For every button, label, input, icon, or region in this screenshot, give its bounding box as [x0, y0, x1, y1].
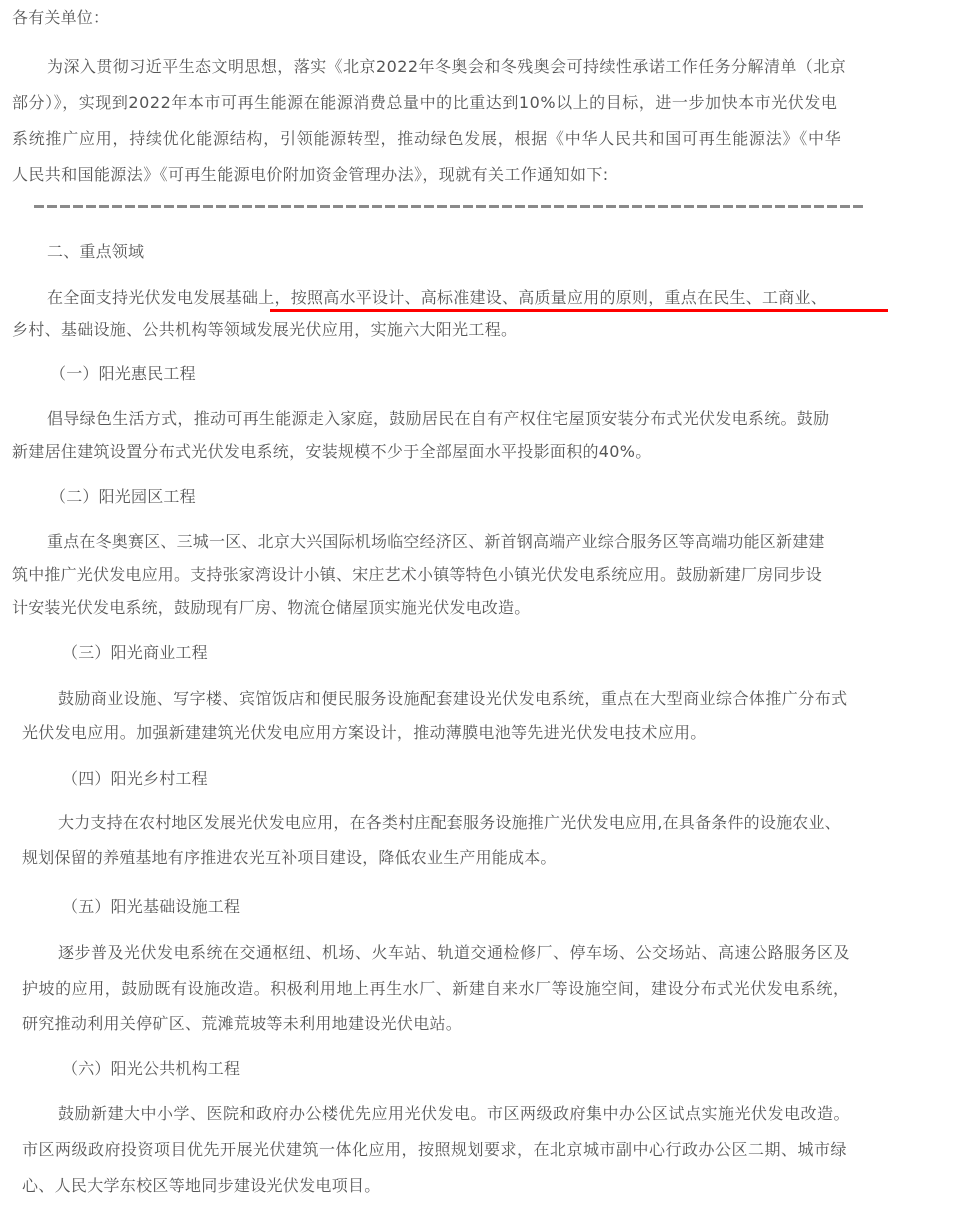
section-intro-line-2: 乡村、基础设施、公共机构等领域发展光伏应用，实施六大阳光工程。: [12, 318, 517, 342]
subsection-6-line-2: 市区两级政府投资项目优先开展光伏建筑一体化应用，按照规划要求，在北京城市副中心行…: [22, 1138, 847, 1162]
dashed-separator: [34, 205, 864, 208]
subsection-5-line-3: 研究推动利用关停矿区、荒滩荒坡等未利用地建设光伏电站。: [22, 1012, 462, 1036]
section-heading: 二、重点领域: [47, 240, 144, 264]
red-highlight-underline: [270, 309, 888, 312]
subsection-title-3: （三）阳光商业工程: [62, 641, 208, 665]
subsection-5-line-1: 逐步普及光伏发电系统在交通枢纽、机场、火车站、轨道交通检修厂、停车场、公交场站、…: [58, 941, 850, 965]
subsection-1-line-2: 新建居住建筑设置分布式光伏发电系统，安装规模不少于全部屋面水平投影面积的40%。: [12, 440, 652, 464]
subsection-4-line-1: 大力支持在农村地区发展光伏发电应用，在各类村庄配套服务设施推广光伏发电应用,在具…: [58, 811, 841, 835]
subsection-5-line-2: 护坡的应用，鼓励既有设施改造。积极利用地上再生水厂、新建自来水厂等设施空间，建设…: [22, 977, 850, 1001]
section-intro-line-1: 在全面支持光伏发电发展基础上，按照高水平设计、高标准建设、高质量应用的原则，重点…: [47, 286, 827, 310]
subsection-title-1: （一）阳光惠民工程: [50, 362, 196, 386]
subsection-4-line-2: 规划保留的养殖基地有序推进农光互补项目建设，降低农业生产用能成本。: [22, 846, 557, 870]
intro-line-3: 系统推广应用，持续优化能源结构，引领能源转型，推动绿色发展，根据《中华人民共和国…: [12, 127, 842, 151]
intro-line-4: 人民共和国能源法》《可再生能源电价附加资金管理办法》，现就有关工作通知如下:: [12, 163, 609, 187]
subsection-title-5: （五）阳光基础设施工程: [62, 895, 240, 919]
subsection-title-6: （六）阳光公共机构工程: [62, 1057, 240, 1081]
subsection-3-line-1: 鼓励商业设施、写字楼、宾馆饭店和便民服务设施配套建设光伏发电系统，重点在大型商业…: [58, 687, 848, 711]
intro-line-1: 为深入贯彻习近平生态文明思想，落实《北京2022年冬奥会和冬残奥会可持续性承诺工…: [47, 55, 846, 79]
subsection-2-line-3: 计安装光伏发电系统，鼓励现有厂房、物流仓储屋顶实施光伏发电改造。: [12, 596, 530, 620]
salutation: 各有关单位：: [12, 6, 109, 30]
intro-line-2: 部分）》，实现到2022年本市可再生能源在能源消费总量中的比重达到10%以上的目…: [12, 91, 837, 115]
subsection-title-2: （二）阳光园区工程: [50, 485, 196, 509]
subsection-6-line-1: 鼓励新建大中小学、医院和政府办公楼优先应用光伏发电。市区两级政府集中办公区试点实…: [58, 1102, 850, 1126]
subsection-title-4: （四）阳光乡村工程: [62, 767, 208, 791]
subsection-1-line-1: 倡导绿色生活方式，推动可再生能源走入家庭，鼓励居民在自有产权住宅屋顶安装分布式光…: [47, 407, 829, 431]
subsection-2-line-1: 重点在冬奥赛区、三城一区、北京大兴国际机场临空经济区、新首钢高端产业综合服务区等…: [47, 530, 825, 554]
subsection-3-line-2: 光伏发电应用。加强新建建筑光伏发电应用方案设计，推动薄膜电池等先进光伏发电技术应…: [22, 721, 707, 745]
subsection-6-line-3: 心、人民大学东校区等地同步建设光伏发电项目。: [22, 1174, 381, 1198]
subsection-2-line-2: 筑中推广光伏发电应用。支持张家湾设计小镇、宋庄艺术小镇等特色小镇光伏发电系统应用…: [12, 563, 822, 587]
